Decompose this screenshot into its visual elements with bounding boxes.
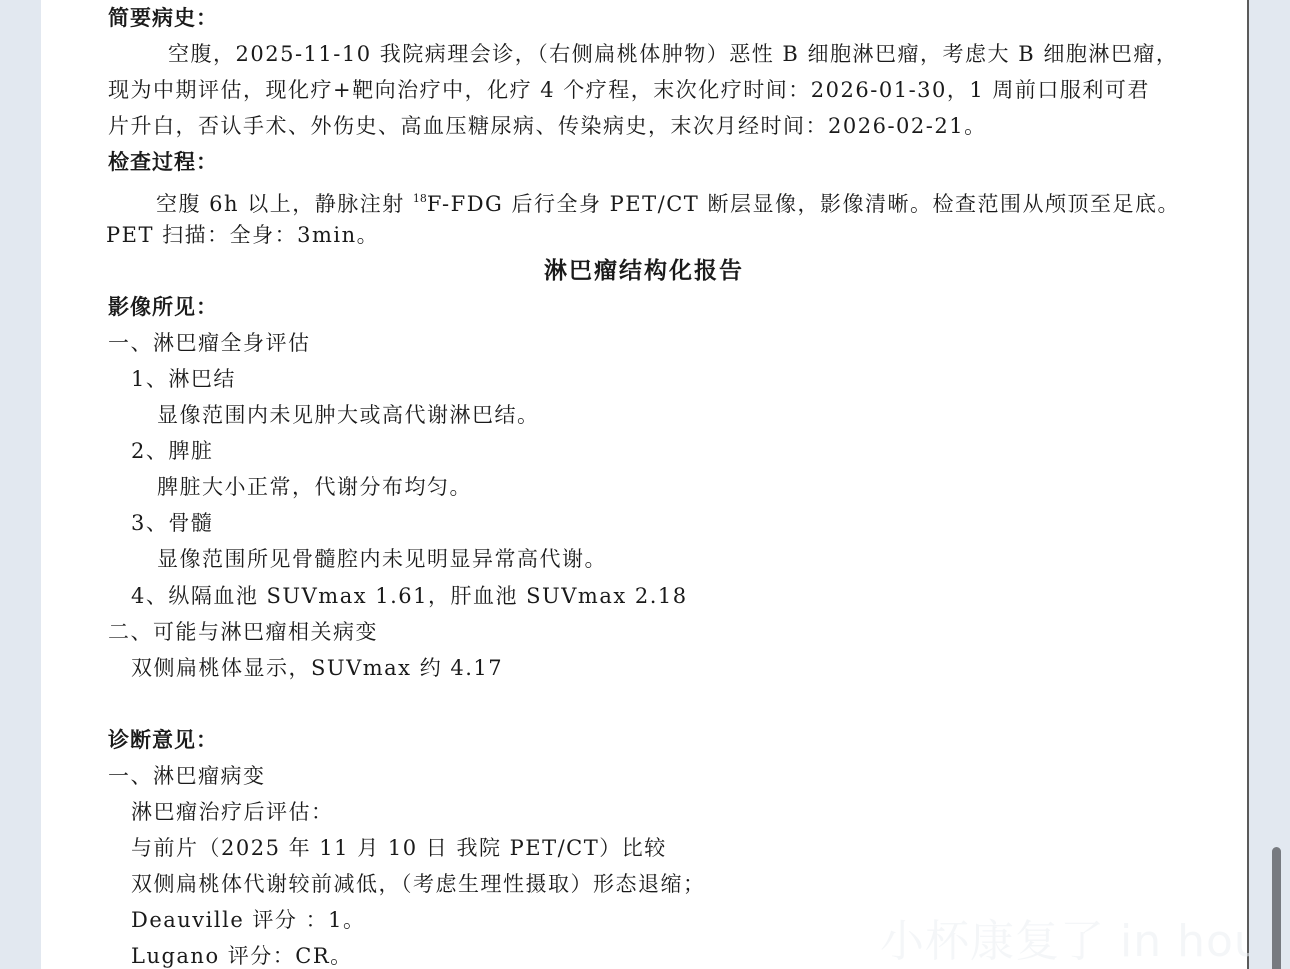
scrollbar-thumb[interactable]	[1272, 847, 1281, 969]
findings-item-2-text: 脾脏大小正常，代谢分布均匀。	[157, 473, 472, 501]
diagnosis-line-4: Deauville 评分 ：1。	[131, 906, 365, 934]
diagnosis-line-5: Lugano 评分：CR。	[131, 942, 353, 969]
watermark: 小杯康复了 in house086	[880, 905, 1290, 969]
scrollbar-track[interactable]	[1249, 0, 1290, 969]
document-page: 简要病史： 空腹，2025-11-10 我院病理会诊，（右侧扁桃体肿物）恶性 B…	[41, 0, 1249, 969]
report-title: 淋巴瘤结构化报告	[41, 256, 1247, 286]
diagnosis-section-1: 一、淋巴瘤病变	[108, 762, 266, 790]
procedure-text: 空腹 6h 以上，静脉注射	[156, 192, 413, 216]
diagnosis-line-3: 双侧扁桃体代谢较前减低，（考虑生理性摄取）形态退缩；	[131, 870, 706, 898]
diagnosis-line-1: 淋巴瘤治疗后评估：	[131, 798, 334, 826]
isotope-superscript: 18	[413, 192, 427, 205]
findings-item-3-title: 3、骨髓	[131, 509, 213, 537]
findings-section-2: 二、可能与淋巴瘤相关病变	[108, 618, 378, 646]
procedure-line-1: 空腹 6h 以上，静脉注射 18F-FDG 后行全身 PET/CT 断层显像，影…	[156, 185, 1180, 218]
procedure-text-cont: F-FDG 后行全身 PET/CT 断层显像，影像清晰。检查范围从颅顶至足底。	[427, 192, 1180, 216]
findings-item-1-text: 显像范围内未见肿大或高代谢淋巴结。	[157, 401, 540, 429]
history-line-3: 片升白，否认手术、外伤史、高血压糖尿病、传染病史，末次月经时间：2026-02-…	[108, 112, 987, 140]
findings-item-2-title: 2、脾脏	[131, 437, 213, 465]
findings-item-4: 4、纵隔血池 SUVmax 1.61，肝血池 SUVmax 2.18	[131, 582, 688, 610]
findings-heading: 影像所见：	[108, 293, 218, 321]
history-heading: 简要病史：	[108, 4, 218, 32]
procedure-line-2: PET 扫描：全身：3min。	[106, 221, 379, 249]
diagnosis-heading: 诊断意见：	[108, 726, 218, 754]
history-line-2: 现为中期评估，现化疗+靶向治疗中，化疗 4 个疗程，末次化疗时间：2026-01…	[108, 76, 1150, 104]
findings-section-1: 一、淋巴瘤全身评估	[108, 329, 311, 357]
procedure-heading: 检查过程：	[108, 148, 218, 176]
findings-section-2-text: 双侧扁桃体显示，SUVmax 约 4.17	[131, 654, 503, 682]
findings-item-1-title: 1、淋巴结	[131, 365, 236, 393]
history-line-1: 空腹，2025-11-10 我院病理会诊，（右侧扁桃体肿物）恶性 B 细胞淋巴瘤…	[168, 40, 1178, 68]
diagnosis-line-2: 与前片（2025 年 11 月 10 日 我院 PET/CT）比较	[131, 834, 667, 862]
findings-item-3-text: 显像范围所见骨髓腔内未见明显异常高代谢。	[157, 545, 607, 573]
